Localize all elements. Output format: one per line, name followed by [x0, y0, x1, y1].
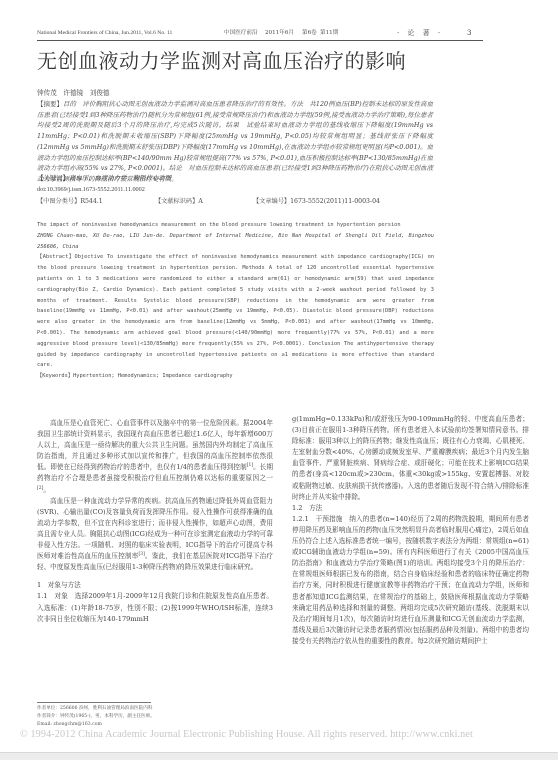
- english-abstract: 【Abstract】Objective To investigate the e…: [37, 252, 434, 371]
- english-abstract-text: Objective To investigate the effect of n…: [37, 254, 434, 368]
- criteria-paragraph: g(1mmHg=0.133kPa)和/或舒张压为90-109mmHg的轻、中度高…: [292, 414, 529, 503]
- english-title: The impact of noninvasive hemodynamics m…: [37, 220, 434, 231]
- keywords-cn-label: 【关键词】: [37, 174, 69, 182]
- author-affiliation: 作者单位：256606 滨州，胜利石油管理局滨南医院内科: [37, 705, 273, 713]
- section-heading: 1.2 方法: [292, 503, 529, 514]
- issue-number: 第11期: [320, 27, 338, 39]
- article-number: 【文章编号】1673-5552(2011)11-0003-04: [253, 197, 380, 207]
- footnotes: 作者单位：256606 滨州，胜利石油管理局滨南医院内科 作者简介：钟传茂(19…: [37, 705, 273, 730]
- intro-paragraph-2: 高血压是一种血流动力学异常的疾病。抗高血压药物通过降低外周血管阻力(SVR)、心…: [37, 496, 273, 574]
- english-keywords-label: 【Keywords】: [37, 373, 73, 379]
- clc-number: 【中图分类号】R544.1: [37, 197, 103, 207]
- issue-date: 2011年6月: [265, 27, 294, 39]
- doi: doi:10.3969/j.issn.1673-5552.2011.11.000…: [37, 185, 145, 195]
- section-label: · 论 著 ·: [397, 27, 443, 39]
- section-heading: 1 对象与方法: [37, 580, 273, 591]
- article-title: 无创血液动力学监测对高血压治疗的影响: [37, 48, 406, 74]
- english-keywords: 【Keywords】Hypertention; Hemodynamics; Im…: [37, 371, 434, 382]
- running-head: National Medical Frontiers of China, Jun…: [37, 27, 483, 41]
- copyright-watermark: © 1994-2012 China Academic Journal Elect…: [20, 729, 550, 740]
- journal-page: National Medical Frontiers of China, Jun…: [0, 0, 558, 753]
- abstract-cn-text: 目的 评价胸阻抗心动图无创血液动力学监测对高血压患者降压治疗的有效性。方法 共1…: [37, 100, 433, 183]
- english-keywords-text: Hypertention; Hemodynamics; Impedance ca…: [73, 373, 232, 379]
- english-abstract-label: 【Abstract】: [37, 254, 75, 260]
- page-number: 3: [467, 27, 471, 39]
- keywords-cn: 【关键词】高血压；血液动力学；胸阻抗心动图: [37, 173, 433, 184]
- journal-name-cn: 中国医疗前沿: [224, 27, 258, 39]
- journal-name-en: National Medical Frontiers of China, Jun…: [37, 27, 172, 39]
- body-column-left: 高血压是心血管死亡、心血管事件以及脑卒中的第一位危险因素。据2004年我国卫生部…: [37, 418, 273, 625]
- english-authors: ZHONG Chuan-mao, XU De-rao, LIU Jun-de. …: [37, 231, 434, 253]
- abstract-cn-label: 【摘要】: [37, 100, 63, 108]
- subsection-subjects: 1.1 对象 选择2009年1月-2009年12月我院门诊和住院原发性高血压患者…: [37, 591, 273, 624]
- footnote-divider: [37, 702, 151, 703]
- intro-paragraph-1: 高血压是心血管死亡、心血管事件以及脑卒中的第一位危险因素。据2004年我国卫生部…: [37, 418, 273, 496]
- abstract-cn: 【摘要】目的 评价胸阻抗心动图无创血液动力学监测对高血压患者降压治疗的有效性。方…: [37, 99, 433, 185]
- article-authors: 钟传茂 许德镜 刘俊德: [37, 87, 110, 97]
- methods-paragraph: 1.2.1 干预措施 纳入的患者(n=140)经历了2周的药物洗脱期，期间所有患…: [292, 514, 529, 647]
- author-bio: 作者简介：钟传茂(1965-)，男，本科学历，副主任医师。: [37, 713, 273, 721]
- body-column-right: g(1mmHg=0.133kPa)和/或舒张压为90-109mmHg的轻、中度高…: [292, 414, 529, 647]
- document-code: 【文献标识码】A: [155, 197, 203, 207]
- keywords-cn-text: 高血压；血液动力学；胸阻抗心动图: [69, 174, 171, 182]
- english-abstract-block: The impact of noninvasive hemodynamics m…: [37, 220, 434, 382]
- volume: 第6卷: [302, 27, 317, 39]
